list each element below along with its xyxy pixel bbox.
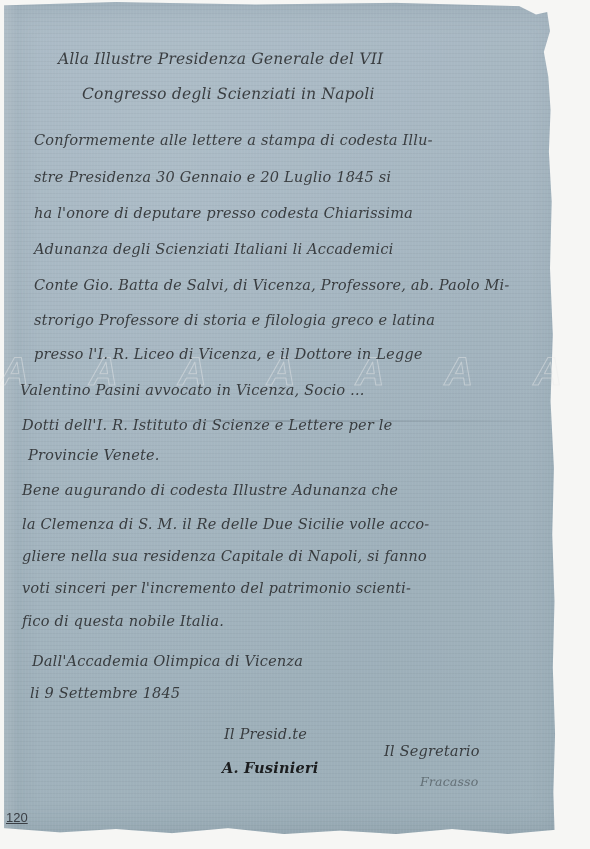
body-line: presso l'I. R. Liceo di Vicenza, e il Do… xyxy=(34,347,423,363)
body-line: stre Presidenza 30 Gennaio e 20 Luglio 1… xyxy=(34,170,391,186)
body-line: Dotti dell'I. R. Istituto di Scienze e L… xyxy=(22,418,392,434)
body-line: voti sinceri per l'incremento del patrim… xyxy=(22,581,411,597)
body-line: ha l'onore di deputare presso codesta Ch… xyxy=(34,206,413,222)
addressee-line-2: Congresso degli Scienziati in Napoli xyxy=(82,85,375,103)
body-line: Valentino Pasini avvocato in Vicenza, So… xyxy=(20,383,365,399)
body-line: Conformemente alle lettere a stampa di c… xyxy=(34,133,433,149)
folio-number: 120 xyxy=(6,810,28,825)
body-line: la Clemenza di S. M. il Re delle Due Sic… xyxy=(22,517,429,533)
body-line: gliere nella sua residenza Capitale di N… xyxy=(22,549,427,565)
body-line: strorigo Professore di storia e filologi… xyxy=(34,313,435,329)
body-line: fico di questa nobile Italia. xyxy=(22,614,224,630)
president-title: Il Presid.te xyxy=(224,727,307,743)
addressee-line-1: Alla Illustre Presidenza Generale del VI… xyxy=(58,50,383,68)
secretary-title: Il Segretario xyxy=(384,744,480,760)
paper-edge-shading xyxy=(4,2,18,834)
document-scan: AAAAAAAA Alla Illustre Presidenza Genera… xyxy=(0,0,590,849)
closing-date: li 9 Settembre 1845 xyxy=(30,686,180,702)
body-line: Bene augurando di codesta Illustre Aduna… xyxy=(22,483,398,499)
body-line: Provincie Venete. xyxy=(28,448,160,464)
body-line: Adunanza degli Scienziati Italiani li Ac… xyxy=(34,242,394,258)
secretary-signature: Fracasso xyxy=(420,774,479,789)
body-line: Conte Gio. Batta de Salvi, di Vicenza, P… xyxy=(34,278,509,294)
closing-place: Dall'Accademia Olimpica di Vicenza xyxy=(32,654,303,670)
president-signature: A. Fusinieri xyxy=(222,760,318,777)
